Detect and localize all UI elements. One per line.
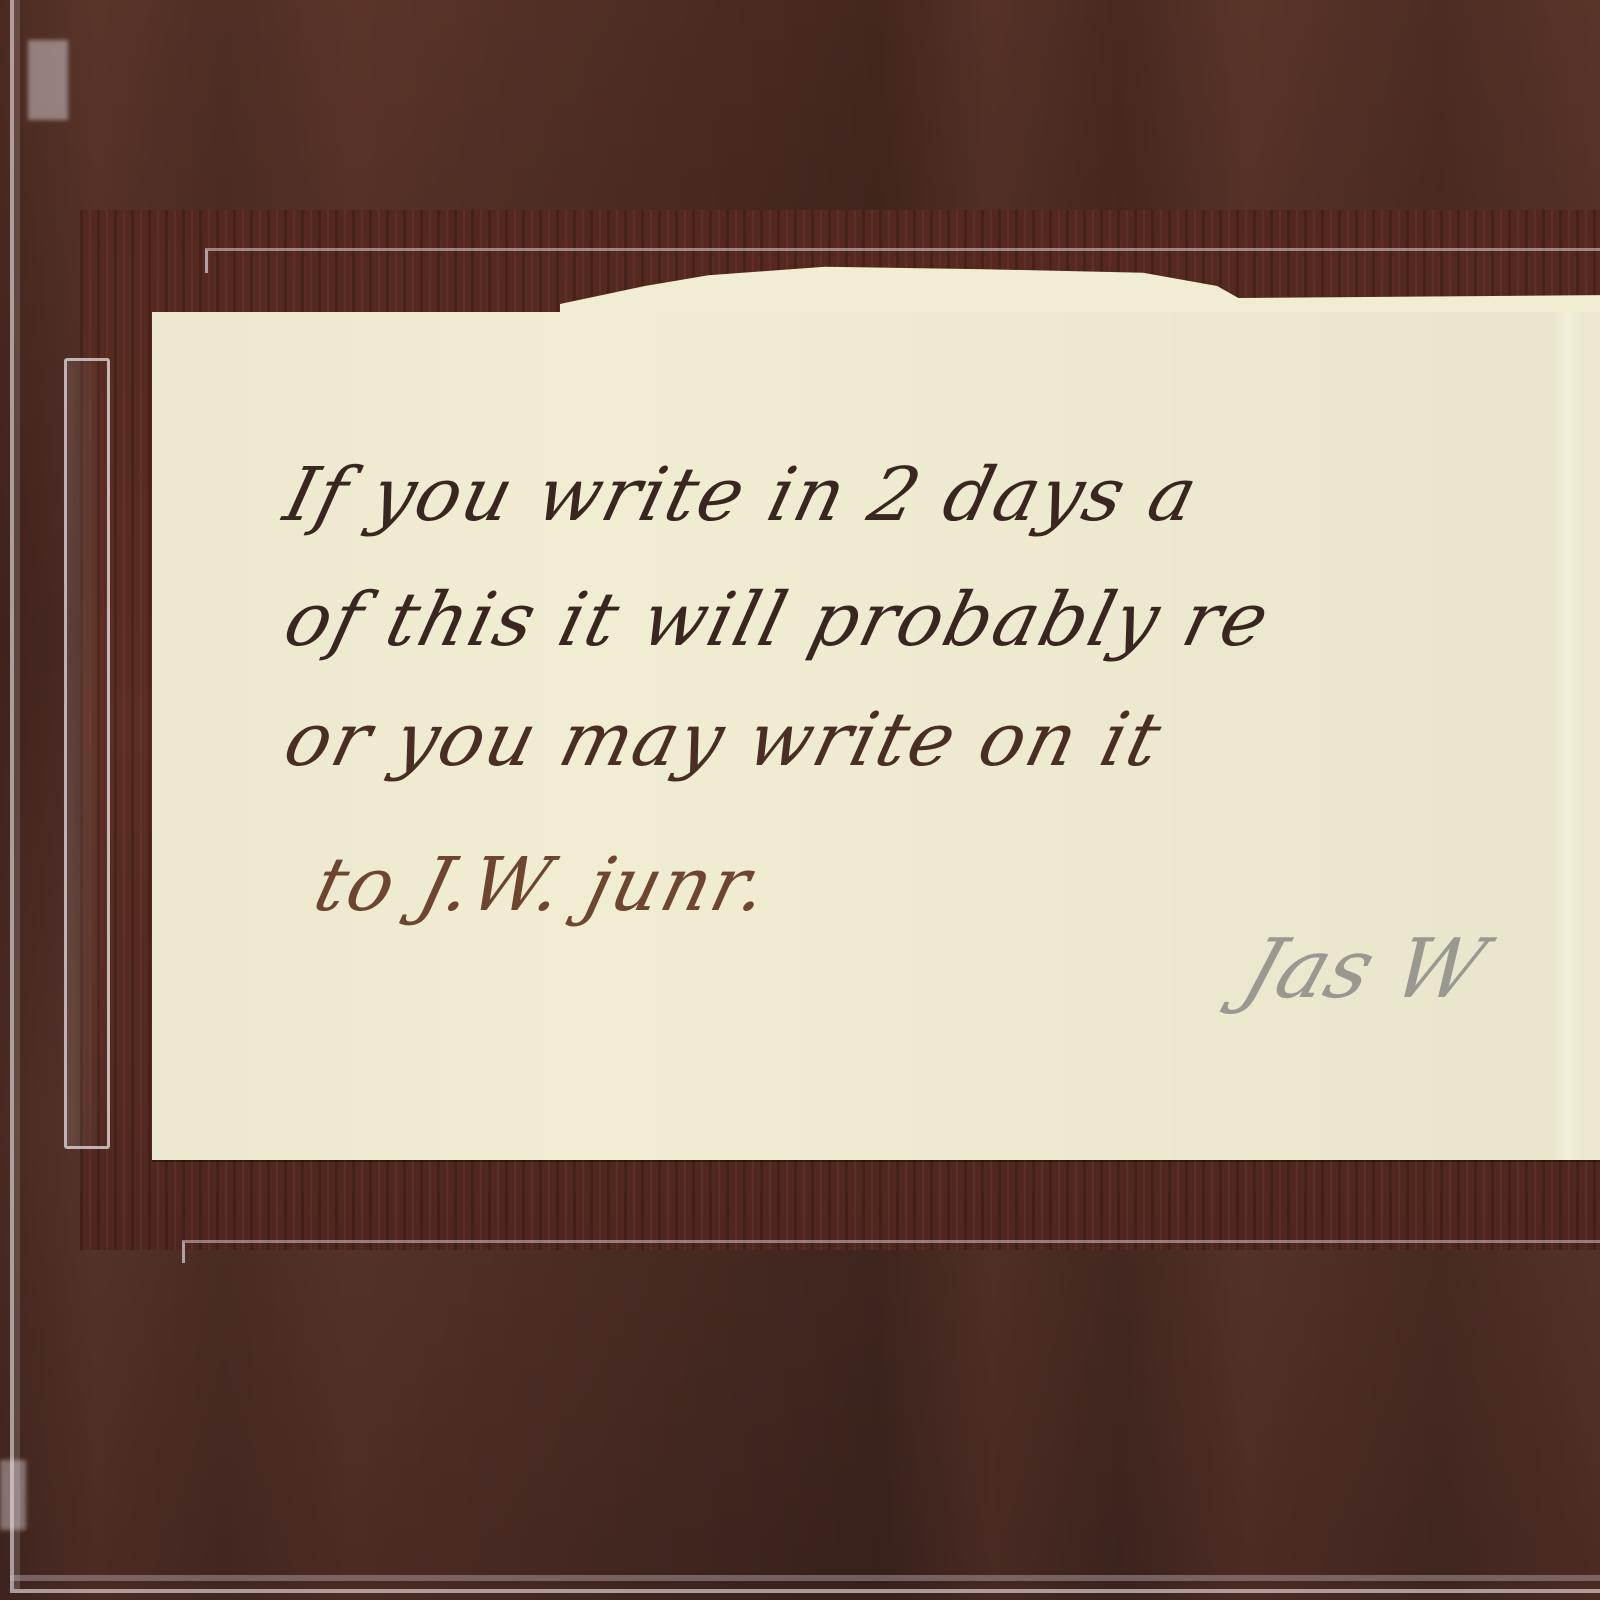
pencil-signature: Jas W: [1232, 922, 1497, 1017]
note-line-4: to J.W. junr.: [306, 842, 778, 928]
note-line-2: of this it will probably re: [276, 577, 1279, 663]
handwriting: If you write in 2 days a of this it will…: [152, 312, 1600, 1160]
handwritten-note-paper: If you write in 2 days a of this it will…: [152, 312, 1600, 1160]
note-line-1: If you write in 2 days a: [276, 452, 1207, 538]
plastic-holder-bottom-edge: [10, 1575, 1600, 1581]
holder-side-clip: [64, 358, 110, 1149]
holder-inner-rail-bottom: [182, 1240, 1600, 1263]
photo-scene: If you write in 2 days a of this it will…: [0, 0, 1600, 1600]
note-line-3: or you may write on it: [276, 697, 1171, 783]
